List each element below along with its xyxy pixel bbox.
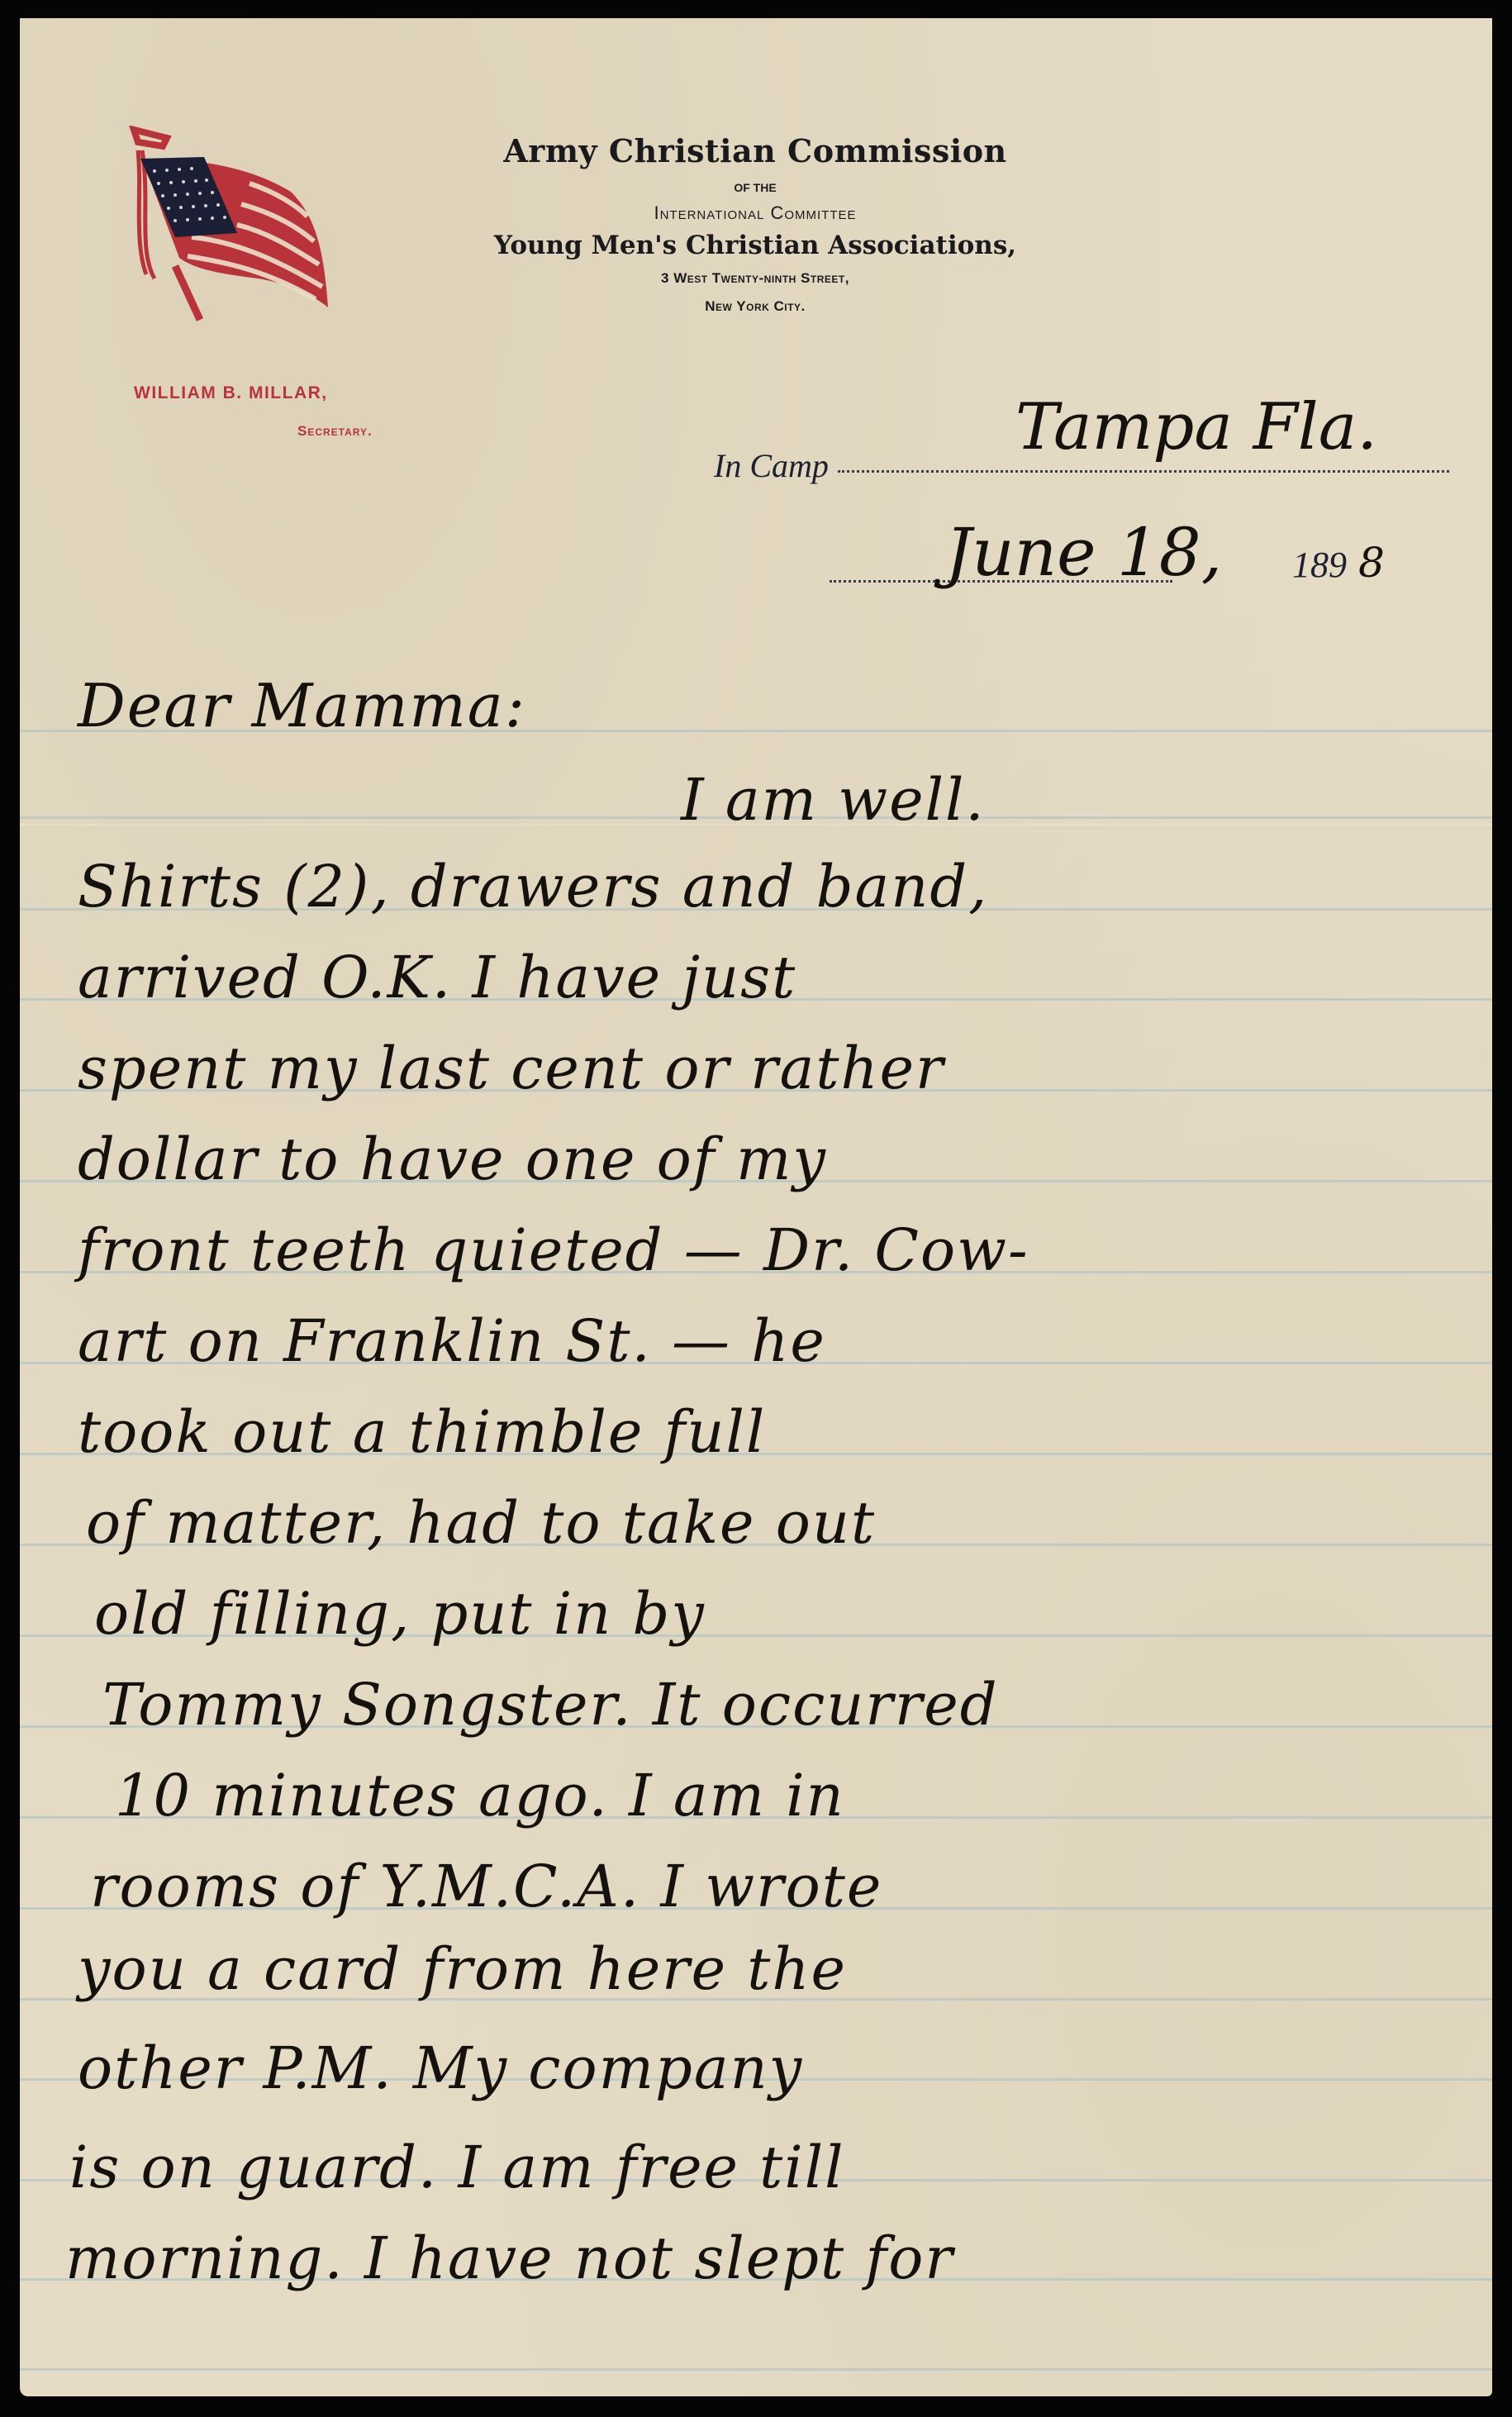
letter-line: spent my last cent or rather: [78, 1035, 944, 1102]
secretary-title: Secretary.: [297, 423, 373, 440]
place-dotted-line: [838, 470, 1449, 473]
salutation: Dear Mamma:: [78, 671, 526, 740]
letter-line: morning. I have not slept for: [65, 2224, 954, 2292]
letterhead-address: 3 West Twenty-ninth Street,: [458, 270, 1053, 287]
letter-line: front teeth quieted — Dr. Cow-: [78, 1216, 1029, 1284]
letter-line: of matter, had to take out: [86, 1489, 876, 1557]
letterhead-organization: Young Men's Christian Associations,: [458, 231, 1053, 260]
letter-line: 10 minutes ago. I am in: [115, 1762, 845, 1829]
letter-line: you a card from here the: [78, 1935, 847, 2003]
us-flag-icon: [117, 126, 357, 340]
letter-line: Tommy Songster. It occurred: [102, 1671, 999, 1739]
letterhead-title: Army Christian Commission: [458, 132, 1053, 169]
letter-line: rooms of Y.M.C.A. I wrote: [90, 1853, 882, 1920]
letter-line: old filling, put in by: [94, 1580, 706, 1648]
ruled-line: [20, 2368, 1492, 2371]
secretary-name: WILLIAM B. MILLAR,: [134, 383, 328, 403]
letterhead-committee: International Committee: [458, 202, 1053, 224]
year-handwritten-digit: 8: [1358, 539, 1385, 587]
letter-line: took out a thimble full: [78, 1398, 766, 1466]
letterhead-of-the: OF THE: [458, 181, 1053, 194]
year-printed: 1898: [1292, 539, 1385, 587]
year-printed-digits: 189: [1292, 545, 1347, 585]
letter-line: I am well.: [681, 766, 986, 834]
letter-page: WILLIAM B. MILLAR, Secretary. Army Chris…: [20, 18, 1492, 2396]
secretary-block: WILLIAM B. MILLAR, Secretary.: [134, 383, 328, 403]
letter-line: Shirts (2), drawers and band,: [78, 853, 988, 921]
letterhead-city: New York City.: [458, 298, 1053, 315]
place-value: Tampa Fla.: [1015, 390, 1377, 464]
letter-line: dollar to have one of my: [78, 1125, 827, 1193]
letter-line: arrived O.K. I have just: [78, 944, 796, 1011]
place-label: In Camp: [714, 446, 829, 485]
letter-line: other P.M. My company: [78, 2034, 803, 2102]
date-value: June 18,: [945, 514, 1222, 591]
letterhead: Army Christian Commission OF THE Interna…: [458, 132, 1053, 315]
letter-line: is on guard. I am free till: [69, 2134, 844, 2201]
letter-line: art on Franklin St. — he: [78, 1307, 826, 1375]
